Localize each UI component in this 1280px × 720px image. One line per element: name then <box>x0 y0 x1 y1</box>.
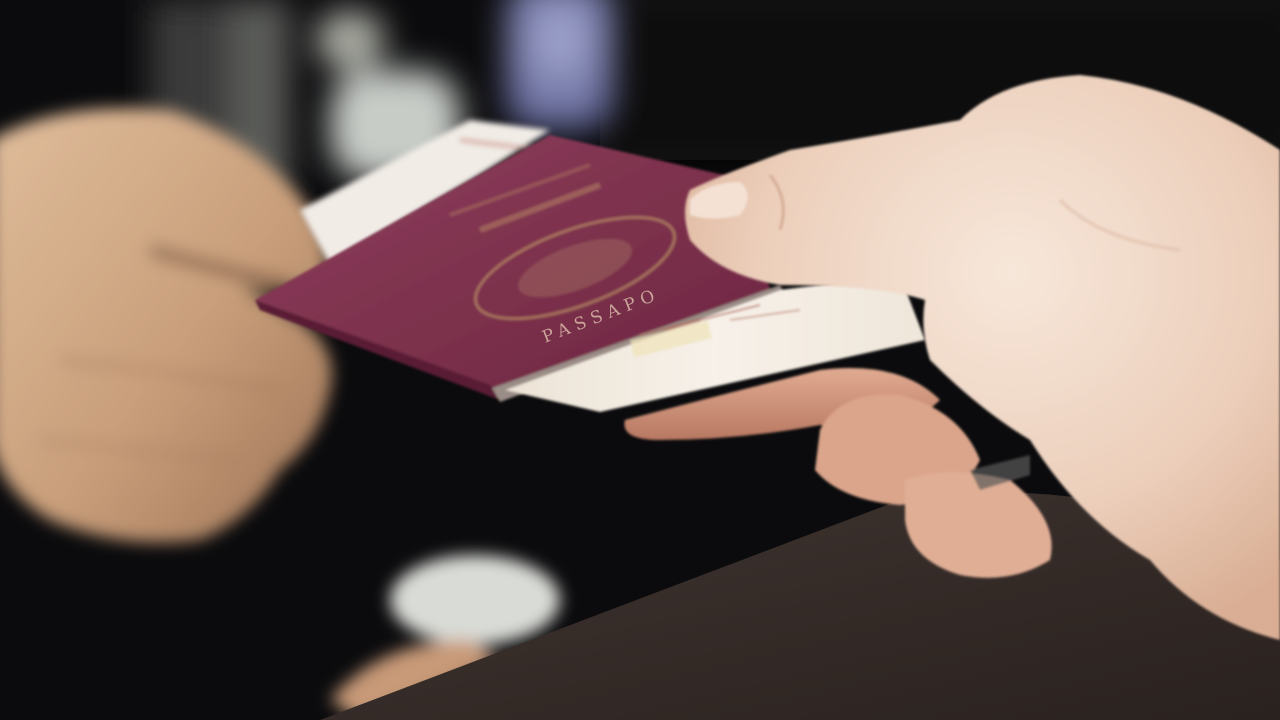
blurred-tie <box>505 0 615 130</box>
photo-scene: PASSAPO <box>0 0 1280 720</box>
